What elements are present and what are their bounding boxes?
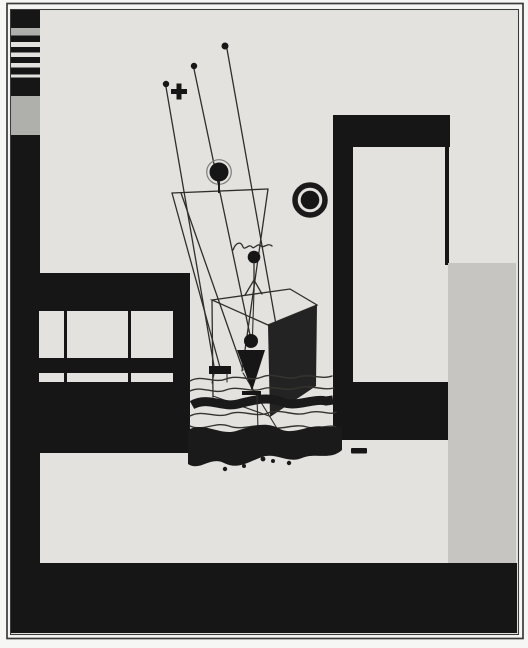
- wave-dot: [261, 457, 266, 462]
- stripe-bar: [11, 78, 40, 83]
- minus-icon: [351, 448, 367, 454]
- stripe-bar: [11, 68, 40, 75]
- platform-bar: [209, 366, 231, 374]
- stripe-bar: [11, 57, 40, 63]
- artwork-photo: [0, 0, 528, 648]
- ray-dot: [163, 81, 169, 87]
- stripe-bar: [11, 36, 40, 43]
- stripe-block-mid: [11, 82, 40, 96]
- wave-dot: [242, 464, 246, 468]
- wave-dot: [287, 461, 291, 465]
- right-frame-bottom-bar: [333, 382, 449, 440]
- triangle-figure-head: [244, 334, 258, 348]
- window-slit: [67, 373, 128, 382]
- stripe-bar: [11, 47, 40, 53]
- window-slit: [39, 373, 64, 382]
- stripe-block-top: [11, 10, 40, 28]
- ray-dot: [222, 43, 229, 50]
- window-block-body: [11, 273, 190, 453]
- gray-panel: [448, 263, 516, 563]
- stripe-gray-large: [11, 96, 40, 135]
- window-pane: [131, 311, 173, 358]
- artwork-canvas: [0, 0, 528, 648]
- wave-dot: [271, 459, 275, 463]
- window-pane: [67, 311, 128, 358]
- right-frame-thin-edge: [445, 147, 449, 265]
- wave-dot: [223, 467, 227, 471]
- window-block: [11, 273, 190, 453]
- window-slit: [131, 373, 173, 382]
- balloon-disc: [210, 163, 229, 182]
- ray-dot: [191, 63, 197, 69]
- figure-head: [248, 251, 261, 264]
- window-pane: [39, 311, 64, 358]
- bottom-band: [11, 563, 517, 633]
- stripe-gray-small: [11, 28, 40, 36]
- plus-icon: [177, 84, 182, 100]
- ring-core: [301, 191, 320, 210]
- triangle-figure-base: [242, 391, 261, 395]
